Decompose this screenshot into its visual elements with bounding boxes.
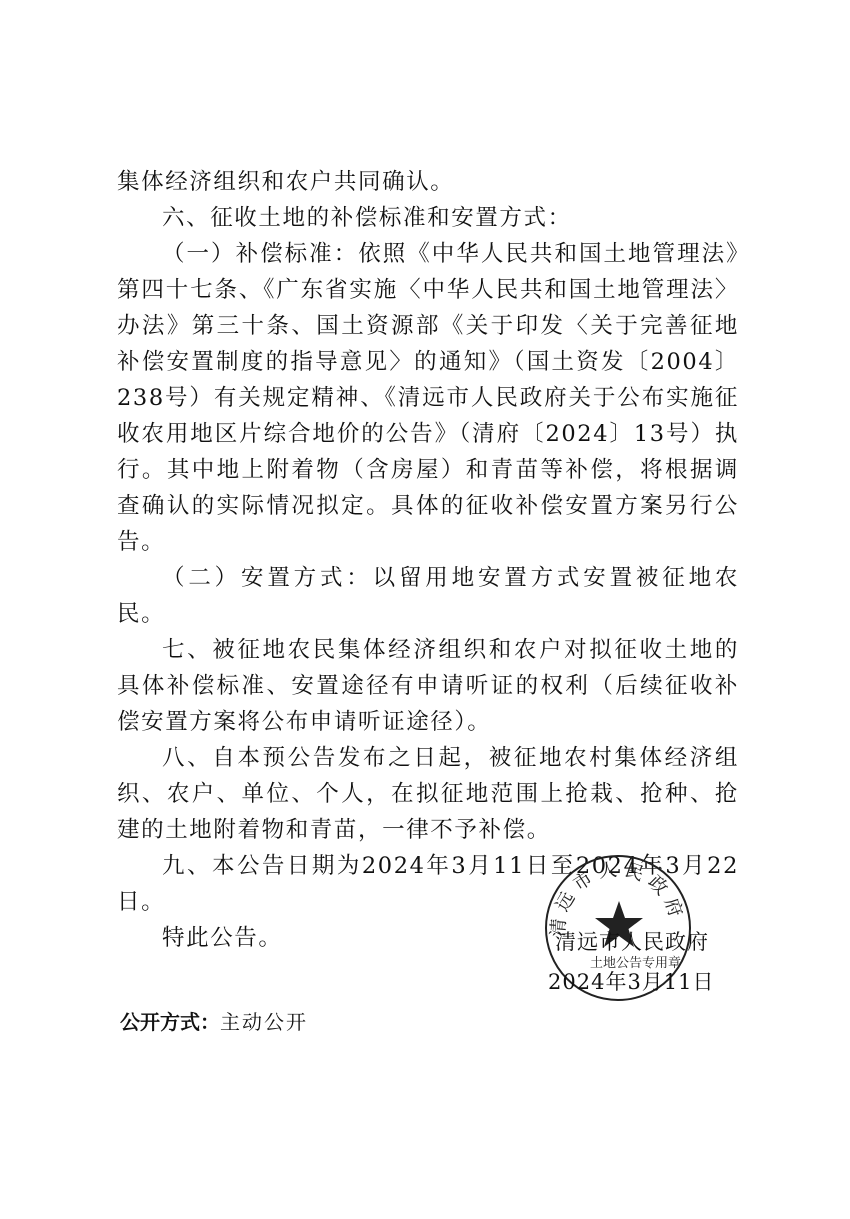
document-body: 集体经济组织和农户共同确认。 六、征收土地的补偿标准和安置方式： （一）补偿标准…	[117, 164, 739, 956]
disclosure-label: 公开方式：	[120, 1010, 220, 1034]
document-page: 集体经济组织和农户共同确认。 六、征收土地的补偿标准和安置方式： （一）补偿标准…	[0, 0, 850, 1219]
paragraph-section-7-hearing-rights: 七、被征地农民集体经济组织和农户对拟征收土地的具体补偿标准、安置途径有申请听证的…	[117, 632, 739, 740]
paragraph-section-6-heading: 六、征收土地的补偿标准和安置方式：	[117, 200, 739, 236]
paragraph-compensation-standard: （一）补偿标准：依照《中华人民共和国土地管理法》第四十七条、《广东省实施〈中华人…	[117, 236, 739, 560]
issue-date: 2024年3月11日	[548, 966, 715, 996]
paragraph-confirmation: 集体经济组织和农户共同确认。	[117, 164, 739, 200]
paragraph-resettlement-method: （二）安置方式：以留用地安置方式安置被征地农民。	[117, 560, 739, 632]
disclosure-value: 主动公开	[220, 1010, 308, 1034]
disclosure-method: 公开方式：主动公开	[120, 1006, 308, 1035]
paragraph-section-8-no-compensation: 八、自本预公告发布之日起，被征地农村集体经济组织、农户、单位、个人，在拟征地范围…	[117, 740, 739, 848]
